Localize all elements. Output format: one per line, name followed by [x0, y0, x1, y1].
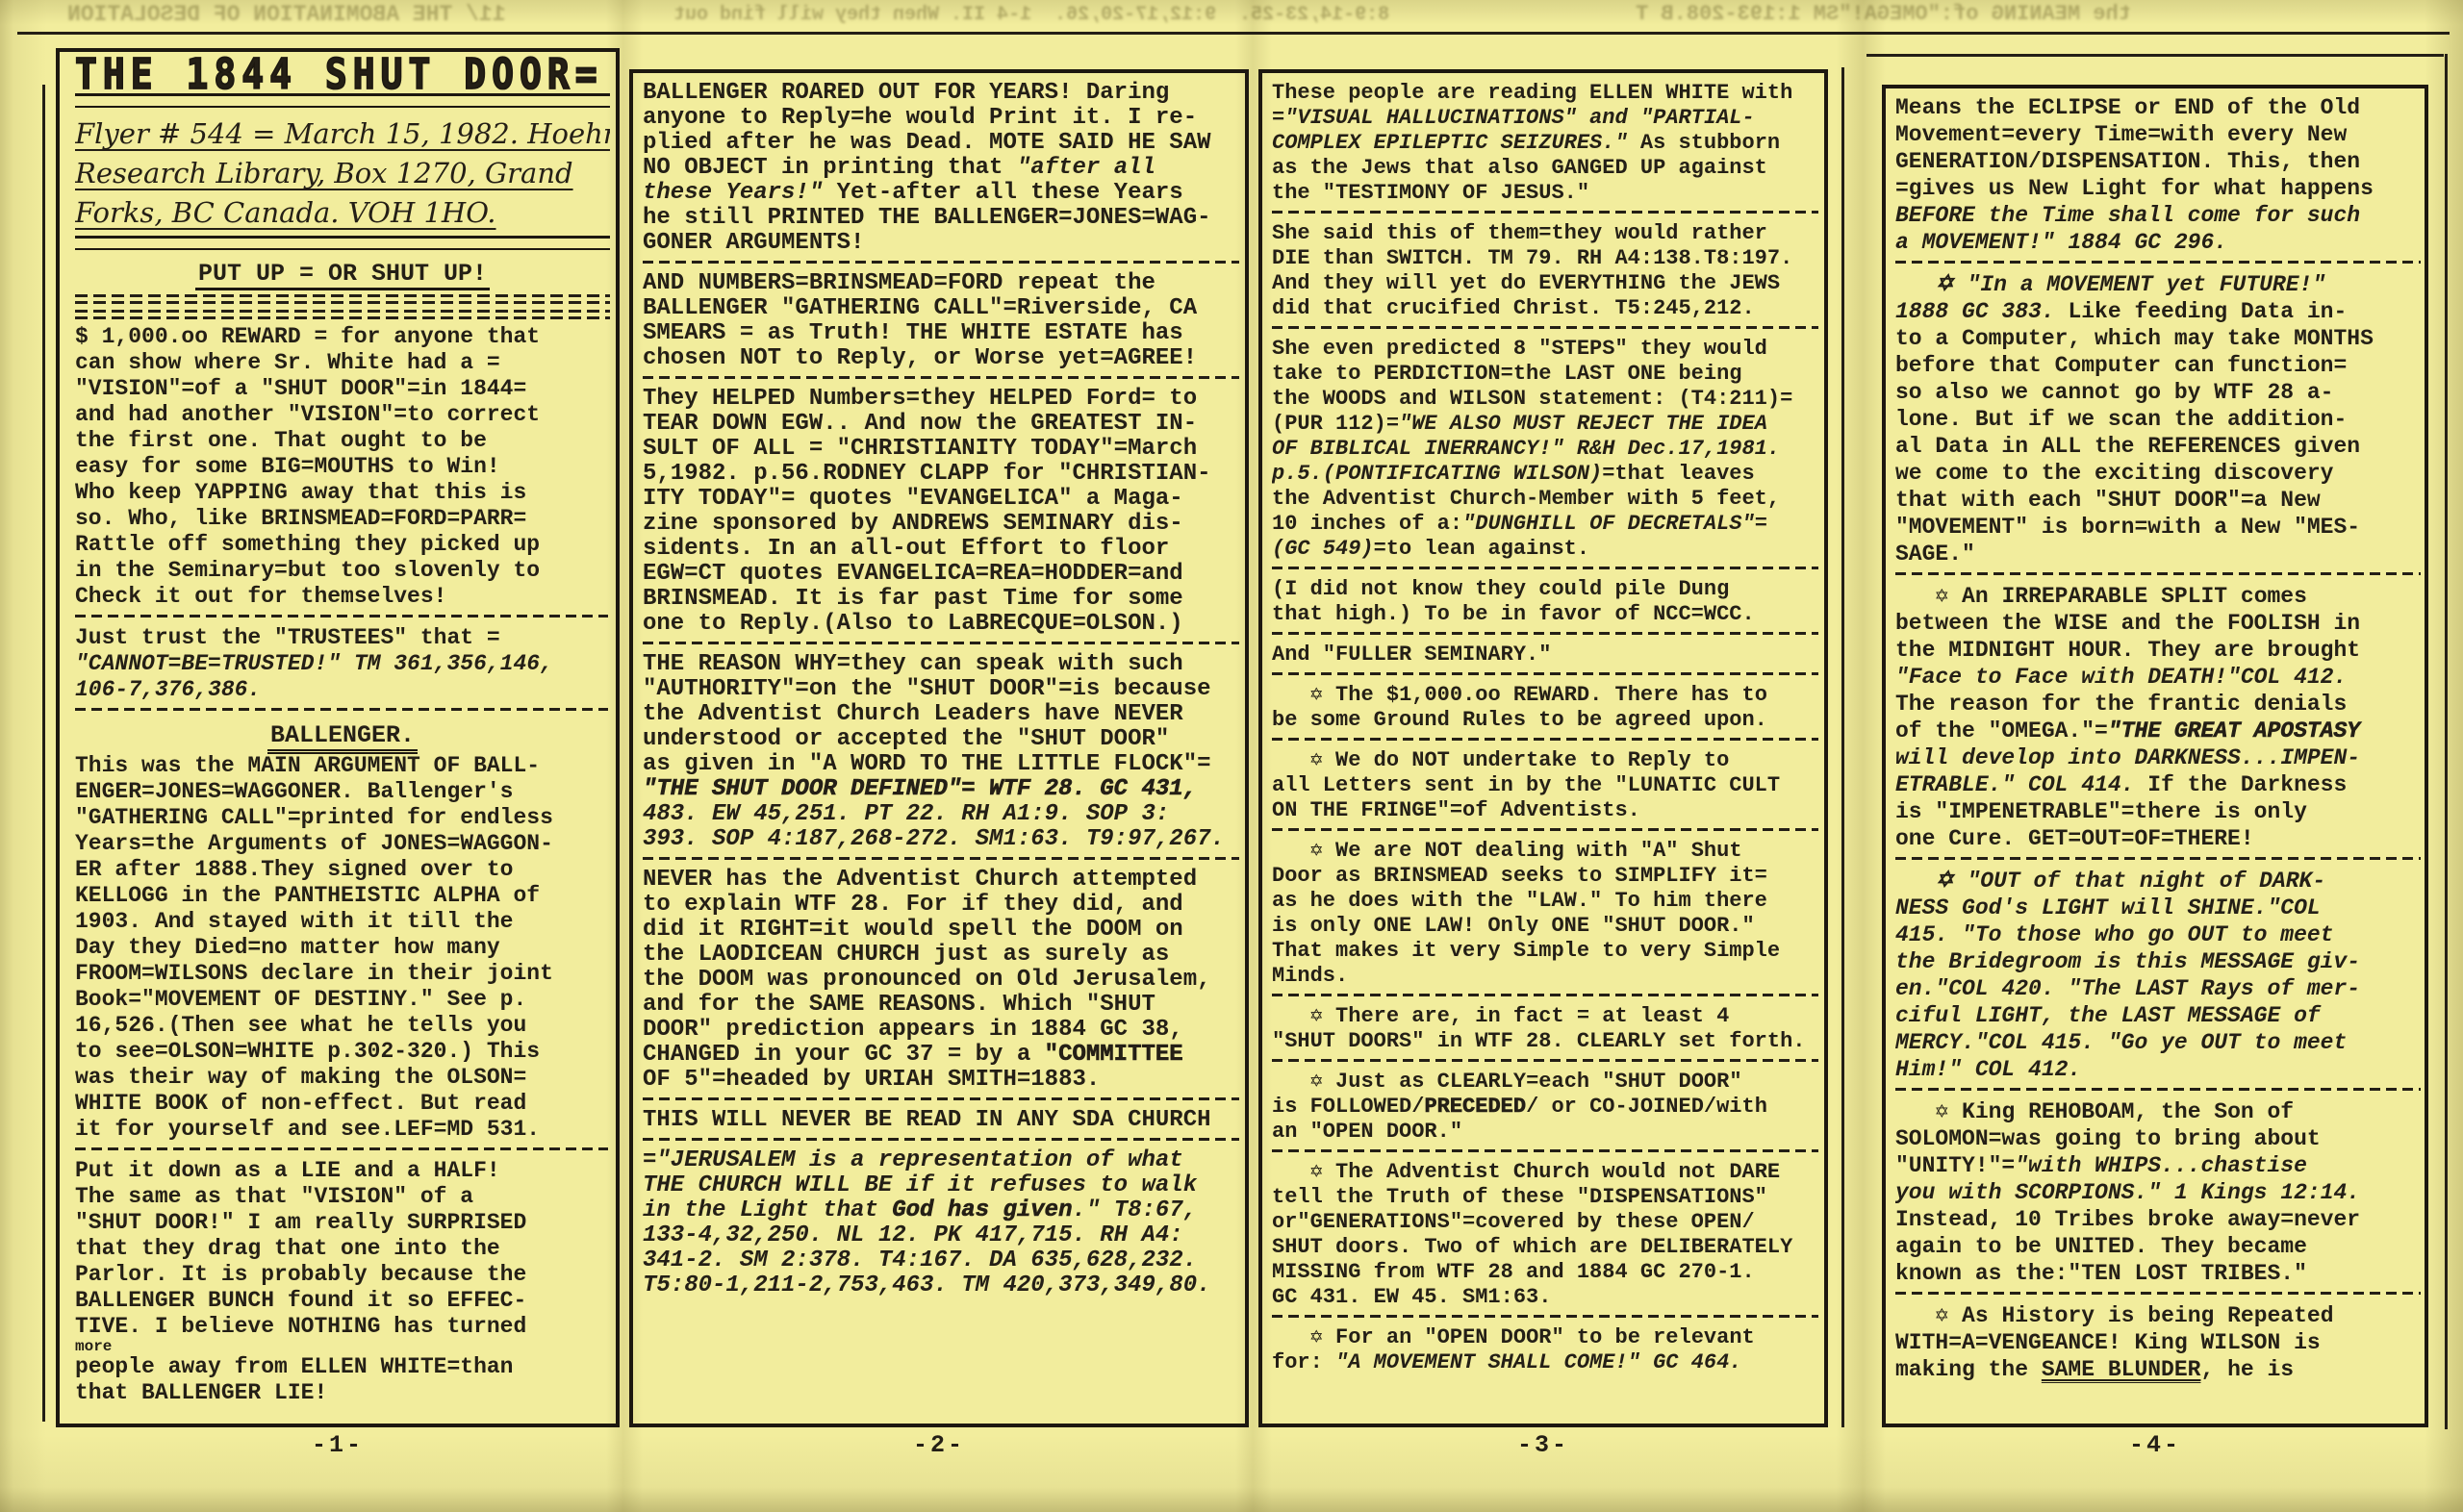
text-line: lone. But if we scan the addition-	[1895, 406, 2423, 433]
text-segment: BALLENGER BUNCH found it so EFFEC-	[75, 1288, 526, 1313]
text-line: ciful LIGHT, the LAST MESSAGE of	[1895, 1002, 2423, 1029]
dashed-separator	[1272, 211, 1818, 214]
text-line: easy for some BIG=MOUTHS to Win!	[75, 454, 610, 480]
text-line: ✡ We are NOT dealing with "A" Shut	[1272, 839, 1820, 864]
paragraph: Just trust the "TRUSTEES" that ="CANNOT=…	[75, 625, 610, 703]
text-line: as given in "A WORD TO THE LITTLE FLOCK"…	[643, 752, 1241, 777]
paragraph: She even predicted 8 "STEPS" they wouldt…	[1272, 337, 1820, 562]
text-segment: (GC 549)=	[1272, 537, 1386, 561]
text-line: THE CHURCH WILL BE if it refuses to walk	[643, 1173, 1241, 1198]
text-line: tell the Truth of these "DISPENSATIONS"	[1272, 1185, 1820, 1210]
text-segment: for:	[1272, 1350, 1335, 1374]
text-line: one Cure. GET=OUT=OF=THERE!	[1895, 825, 2423, 852]
text-segment: 393. SOP 4:187,268-272. SM1:63. T9:97,26…	[643, 827, 1225, 852]
dashed-separator	[643, 857, 1239, 860]
text-segment: people away from ELLEN WHITE=than	[75, 1354, 513, 1379]
text-line: Years=the Arguments of JONES=WAGGON-	[75, 831, 610, 857]
text-segment: Minds.	[1272, 964, 1348, 988]
text-segment: WHITE BOOK of non-effect. But read	[75, 1091, 526, 1116]
text-segment: SOLOMON=was going to bring about	[1895, 1126, 2321, 1151]
text-line: Minds.	[1272, 964, 1820, 989]
text-line: was their way of making the OLSON=	[75, 1065, 610, 1091]
text-line: "AUTHORITY"=on the "SHUT DOOR"=is becaus…	[643, 677, 1241, 702]
paragraph: ✡ The Adventist Church would not DAREtel…	[1272, 1160, 1820, 1310]
page-number: -3-	[1258, 1431, 1828, 1459]
text-segment: OF BIBLICAL INERRANCY!" R&H Dec.17,1981.	[1272, 437, 1780, 461]
dashed-separator	[1895, 572, 2421, 575]
text-segment: "CANNOT=BE=TRUSTED!" TM 361,356,146,	[75, 651, 553, 676]
text-segment: ON THE FRINGE"=of Adventists.	[1272, 798, 1640, 822]
text-segment: zine sponsored by ANDREWS SEMINARY dis-	[643, 512, 1183, 537]
text-segment: Just trust the "TRUSTEES" that =	[75, 625, 500, 650]
text-segment: (PUR 112)=	[1272, 412, 1399, 436]
text-line: that high.) To be in favor of NCC=WCC.	[1272, 602, 1820, 627]
heading-text: PUT UP = OR SHUT UP!	[195, 260, 490, 290]
text-segment: 341-2. SM 2:378. T4:167. DA 635,628,232.	[643, 1248, 1197, 1273]
text-line: Just trust the "TRUSTEES" that =	[75, 625, 610, 651]
text-segment: God has given	[892, 1198, 1072, 1223]
text-line: and had another "VISION"=to correct	[75, 402, 610, 428]
text-line: NO OBJECT in printing that "after all	[643, 156, 1241, 181]
text-segment: lone. But if we scan the addition-	[1895, 407, 2347, 432]
text-line: Parlor. It is probably because the	[75, 1262, 610, 1288]
text-segment: She even predicted 8 "STEPS" they would	[1272, 337, 1767, 361]
text-line: ✡ There are, in fact = at least 4	[1272, 1004, 1820, 1029]
text-segment: it for yourself and see.LEF=MD 531.	[75, 1117, 540, 1142]
text-segment: Like feeding Data in-	[2055, 299, 2348, 324]
text-line: anyone to Reply=he would Print it. I re-	[643, 106, 1241, 131]
text-segment: ✡ "OUT of that night of DARK-	[1895, 869, 2325, 894]
text-segment: Instead, 10 Tribes broke away=never	[1895, 1207, 2360, 1232]
text-line: the WOODS and WILSON statement: (T4:211)…	[1272, 387, 1820, 412]
text-segment: If the Darkness	[2134, 772, 2347, 797]
text-line: Check it out for themselves!	[75, 584, 610, 610]
dashed-separator	[643, 1097, 1239, 1100]
text-line: Book="MOVEMENT OF DESTINY." See p.	[75, 987, 610, 1013]
text-segment: is "IMPENETRABLE"=there is only	[1895, 799, 2307, 824]
text-segment: TIVE. I believe NOTHING has turned	[75, 1314, 526, 1339]
text-segment: to see=OLSON=WHITE p.302-320.) This	[75, 1039, 540, 1064]
text-segment: to explain WTF 28. For if they did, and	[643, 893, 1183, 918]
section-heading: PUT UP = OR SHUT UP!	[75, 257, 610, 291]
flyer-column-4: Means the ECLIPSE or END of the OldMovem…	[1882, 85, 2428, 1427]
text-line: for: "A MOVEMENT SHALL COME!" GC 464.	[1272, 1350, 1820, 1375]
text-line: 133-4,32,250. NL 12. PK 417,715. RH A4:	[643, 1223, 1241, 1248]
text-line: And "FULLER SEMINARY."	[1272, 643, 1820, 668]
text-line: known as the:"TEN LOST TRIBES."	[1895, 1260, 2423, 1287]
text-line: WITH=A=VENGEANCE! King WILSON is	[1895, 1329, 2423, 1356]
text-segment: GENERATION/DISPENSATION. This, then	[1895, 149, 2360, 174]
text-segment: between the WISE and the FOOLISH in	[1895, 611, 2360, 636]
text-line: sidents. In an all-out Effort to floor	[643, 537, 1241, 562]
text-line: T5:80-1,211-2,753,463. TM 420,373,349,80…	[643, 1273, 1241, 1298]
text-line: the Bridegroom is this MESSAGE giv-	[1895, 948, 2423, 975]
text-line: Him!" COL 412.	[1895, 1056, 2423, 1083]
text-line: The same as that "VISION" of a	[75, 1184, 610, 1210]
text-segment: an "OPEN DOOR."	[1272, 1120, 1462, 1144]
paragraph: These people are reading ELLEN WHITE wit…	[1272, 81, 1820, 206]
text-segment: a MOVEMENT!" 1884 GC 296.	[1895, 230, 2227, 255]
flyer-column-1: THE 1844 SHUT DOOR=Flyer # 544 = March 1…	[56, 48, 620, 1427]
text-segment: BEFORE the Time shall come for such	[1895, 203, 2360, 228]
text-segment: all Letters sent in by the "LUNATIC CULT	[1272, 773, 1780, 797]
text-line: 106-7,376,386.	[75, 677, 610, 703]
bleedthrough-text: 8:9-14,23-25. 9:12,17-20,26. 1-4 II. Whe…	[673, 4, 1389, 26]
page-number: -1-	[56, 1431, 620, 1459]
text-segment: Rattle off something they picked up	[75, 532, 540, 557]
text-line: the Adventist Church Leaders have NEVER	[643, 702, 1241, 727]
flyer-column-2: BALLENGER ROARED OUT FOR YEARS! Daringan…	[629, 69, 1249, 1427]
text-segment: Him!" COL 412.	[1895, 1057, 2081, 1082]
text-line: NEVER has the Adventist Church attempted	[643, 868, 1241, 893]
text-line: GC 431. EW 45. SM1:63.	[1272, 1285, 1820, 1310]
bleedthrough-text: 11/ THE ABOMINATION OF DESOLATION	[67, 2, 505, 27]
text-line: She even predicted 8 "STEPS" they would	[1272, 337, 1820, 362]
text-line: 393. SOP 4:187,268-272. SM1:63. T9:97,26…	[643, 827, 1241, 852]
text-segment: They HELPED Numbers=they HELPED Ford= to	[643, 387, 1197, 412]
text-line: =gives us New Light for what happens	[1895, 175, 2423, 202]
text-segment: AND NUMBERS=BRINSMEAD=FORD repeat the	[643, 271, 1155, 296]
text-segment: The reason for the frantic denials	[1895, 692, 2347, 717]
text-line: an "OPEN DOOR."	[1272, 1120, 1820, 1145]
text-segment: chosen NOT to Reply, or Worse yet=AGREE!	[643, 346, 1197, 371]
text-segment: ciful LIGHT, the LAST MESSAGE of	[1895, 1003, 2321, 1028]
paragraph: ✡ The $1,000.oo REWARD. There has tobe s…	[1272, 683, 1820, 733]
text-segment: DIE than SWITCH. TM 79. RH A4:138.T8:197…	[1272, 246, 1792, 270]
text-line: SULT OF ALL = "CHRISTIANITY TODAY"=March	[643, 437, 1241, 462]
text-line: COMPLEX EPILEPTIC SEIZURES." As stubborn	[1272, 131, 1820, 156]
text-line: THIS WILL NEVER BE READ IN ANY SDA CHURC…	[643, 1108, 1241, 1133]
text-line: KELLOGG in the PANTHEISTIC ALPHA of	[75, 883, 610, 909]
text-segment: take to PERDICTION=the LAST ONE being	[1272, 362, 1741, 386]
text-segment: Put it down as a LIE and a HALF!	[75, 1158, 500, 1183]
text-segment: / or CO-JOINED/with	[1526, 1095, 1767, 1119]
text-segment: "SHUT DOOR!" I am really SURPRISED	[75, 1210, 526, 1235]
text-line: making the SAME BLUNDER, he is	[1895, 1356, 2423, 1383]
text-segment: And they will yet do EVERYTHING the JEWS	[1272, 271, 1780, 295]
dashed-separator	[75, 293, 610, 305]
text-segment: sidents. In an all-out Effort to floor	[643, 537, 1169, 562]
text-segment: Door as BRINSMEAD seeks to SIMPLIFY it=	[1272, 864, 1767, 888]
text-line: 1888 GC 383. Like feeding Data in-	[1895, 298, 2423, 325]
text-line: or"GENERATIONS"=covered by these OPEN/	[1272, 1210, 1820, 1235]
text-line: 483. EW 45,251. PT 22. RH A1:9. SOP 3:	[643, 802, 1241, 827]
text-segment: the MIDNIGHT HOUR. They are brought	[1895, 638, 2360, 663]
text-line: GENERATION/DISPENSATION. This, then	[1895, 148, 2423, 175]
text-segment: that with each "SHUT DOOR"=a New	[1895, 488, 2321, 513]
text-line: BEFORE the Time shall come for such	[1895, 202, 2423, 229]
text-line: Flyer # 544 = March 15, 1982. Hoehn	[75, 114, 610, 154]
text-line: DIE than SWITCH. TM 79. RH A4:138.T8:197…	[1272, 246, 1820, 271]
text-segment: Movement=every Time=with every New	[1895, 122, 2347, 147]
dashed-separator	[75, 1147, 608, 1150]
dashed-separator	[1272, 632, 1818, 635]
text-line: al Data in ALL the REFERENCES given	[1895, 433, 2423, 460]
page-number: -4-	[1882, 1431, 2428, 1459]
text-line: And they will yet do EVERYTHING the JEWS	[1272, 271, 1820, 296]
text-segment: did it RIGHT=it would spell the DOOM on	[643, 918, 1183, 943]
text-segment: 106-7,376,386.	[75, 677, 261, 702]
scanned-flyer-sheet: 11/ THE ABOMINATION OF DESOLATION8:9-14,…	[0, 0, 2463, 1512]
paragraph: ✡ For an "OPEN DOOR" to be relevantfor: …	[1272, 1325, 1820, 1375]
text-line: ✡ We do NOT undertake to Reply to	[1272, 748, 1820, 773]
text-line: OF 5"=headed by URIAH SMITH=1883.	[643, 1068, 1241, 1093]
dashed-separator	[643, 642, 1239, 644]
text-segment: "after all	[1017, 156, 1155, 181]
text-segment: "MOVEMENT" is born=with a New "MES-	[1895, 515, 2360, 540]
dashed-separator	[1272, 828, 1818, 831]
text-segment: ✡ There are, in fact = at least 4	[1272, 1004, 1729, 1028]
text-segment: as he does with the "LAW." To him there	[1272, 889, 1767, 913]
text-segment: the Adventist Church-Member with 5 feet,	[1272, 487, 1780, 511]
dashed-separator	[1272, 1059, 1818, 1062]
dashed-separator	[1272, 567, 1818, 569]
text-line: "CANNOT=BE=TRUSTED!" TM 361,356,146,	[75, 651, 610, 677]
text-segment: so. Who, like BRINSMEAD=FORD=PARR=	[75, 506, 526, 531]
right-outer-top-rule	[1866, 54, 2444, 57]
text-segment: the DOOM was pronounced on Old Jerusalem…	[643, 968, 1211, 993]
text-segment: GONER ARGUMENTS!	[643, 231, 864, 256]
text-segment: ✡ We do NOT undertake to Reply to	[1272, 748, 1729, 772]
text-segment: THE CHURCH WILL BE if it refuses to walk	[643, 1173, 1197, 1198]
text-line: can show where Sr. White had a =	[75, 350, 610, 376]
paragraph: ✡ We are NOT dealing with "A" ShutDoor a…	[1272, 839, 1820, 989]
text-segment: the first one. That ought to be	[75, 428, 487, 453]
paragraph: ✡ As History is being RepeatedWITH=A=VEN…	[1895, 1302, 2423, 1383]
text-segment: NESS God's LIGHT will SHINE."COL	[1895, 895, 2321, 920]
text-line: 415. "To those who go OUT to meet	[1895, 921, 2423, 948]
text-segment: Check it out for themselves!	[75, 584, 446, 609]
text-segment: BRINSMEAD. It is far past Time for some	[643, 587, 1183, 612]
text-line: "Face to Face with DEATH!"COL 412.	[1895, 664, 2423, 691]
bleedthrough-text: the MEANING of:"OMEGA!"SM 1:193-208.B T	[1636, 2, 2131, 26]
text-segment: as the Jews that also GANGED UP against	[1272, 156, 1767, 180]
text-segment: in the Seminary=but too slovenly to	[75, 558, 540, 583]
text-segment: the Adventist Church Leaders have NEVER	[643, 702, 1183, 727]
text-line: BALLENGER BUNCH found it so EFFEC-	[75, 1288, 610, 1314]
text-segment: ✡ We are NOT dealing with "A" Shut	[1272, 839, 1742, 863]
paragraph: ✡ An IRREPARABLE SPLIT comesbetween the …	[1895, 583, 2423, 852]
text-line: the LAODICEAN CHURCH just as surely as	[643, 943, 1241, 968]
text-segment: will develop into DARKNESS...IMPEN-	[1895, 745, 2360, 770]
text-line: 10 inches of a:"DUNGHILL OF DECRETALS"=	[1272, 512, 1820, 537]
text-line: NESS God's LIGHT will SHINE."COL	[1895, 895, 2423, 921]
text-segment: of the "OMEGA."=	[1895, 718, 2108, 743]
text-segment: these Years!"	[643, 181, 823, 206]
text-line: is only ONE LAW! Only ONE "SHUT DOOR."	[1272, 914, 1820, 939]
text-line: SMEARS = as Truth! THE WHITE ESTATE has	[643, 321, 1241, 346]
text-segment: can show where Sr. White had a =	[75, 350, 500, 375]
text-segment: plied after he was Dead. MOTE SAID HE SA…	[643, 131, 1211, 156]
flyer-title: THE 1844 SHUT DOOR=	[75, 60, 610, 89]
text-line: She said this of them=they would rather	[1272, 221, 1820, 246]
text-segment: ="JERUSALEM is a representation of what	[643, 1148, 1183, 1173]
text-segment: ✡ For an "OPEN DOOR" to be relevant	[1272, 1325, 1755, 1349]
text-line: TEAR DOWN EGW.. And now the GREATEST IN-	[643, 412, 1241, 437]
text-line: en."COL 420. "The LAST Rays of mer-	[1895, 975, 2423, 1002]
text-segment: , he is	[2200, 1357, 2294, 1382]
text-segment: ." T8:67,	[1072, 1198, 1197, 1223]
text-line: Research Library, Box 1270, Grand	[75, 154, 610, 193]
text-segment: And "FULLER SEMINARY."	[1272, 643, 1551, 667]
paragraph: NEVER has the Adventist Church attempted…	[643, 868, 1241, 1093]
text-line: and for the SAME REASONS. Which "SHUT	[643, 993, 1241, 1018]
text-line: 1903. And stayed with it till the	[75, 909, 610, 935]
text-segment: ✡ King REHOBOAM, the Son of	[1895, 1099, 2294, 1124]
text-segment: Research Library, Box 1270, Grand	[75, 157, 573, 189]
paragraph: She said this of them=they would ratherD…	[1272, 221, 1820, 321]
paragraph: This was the MAIN ARGUMENT OF BALL-ENGER…	[75, 753, 610, 1143]
text-segment: MERCY."COL 415. "Go ye OUT to meet	[1895, 1030, 2347, 1055]
text-line: that BALLENGER LIE!	[75, 1380, 610, 1406]
text-segment: did that crucified Christ. T5:245,212.	[1272, 296, 1755, 320]
text-segment: COMPLEX EPILEPTIC SEIZURES."	[1272, 131, 1628, 155]
paragraph: ✡ There are, in fact = at least 4"SHUT D…	[1272, 1004, 1820, 1054]
text-segment: more	[75, 1340, 112, 1354]
text-line: as the Jews that also GANGED UP against	[1272, 156, 1820, 181]
dashed-separator	[75, 309, 610, 320]
text-line: DOOR" prediction appears in 1884 GC 38,	[643, 1018, 1241, 1043]
text-line: MERCY."COL 415. "Go ye OUT to meet	[1895, 1029, 2423, 1056]
text-segment: Book="MOVEMENT OF DESTINY." See p.	[75, 987, 526, 1012]
dashed-separator	[643, 1138, 1239, 1141]
left-outer-rule	[42, 85, 45, 1422]
text-segment: She said this of them=they would rather	[1272, 221, 1767, 245]
text-line: to see=OLSON=WHITE p.302-320.) This	[75, 1039, 610, 1065]
text-line: again to be UNITED. They became	[1895, 1233, 2423, 1260]
text-segment: and had another "VISION"=to correct	[75, 402, 540, 427]
text-line: to explain WTF 28. For if they did, and	[643, 893, 1241, 918]
text-line: THE REASON WHY=they can speak with such	[643, 652, 1241, 677]
dashed-separator	[75, 708, 608, 711]
text-line: Movement=every Time=with every New	[1895, 121, 2423, 148]
text-line: 16,526.(Then see what he tells you	[75, 1013, 610, 1039]
text-segment: "A MOVEMENT SHALL COME!" GC 464.	[1335, 1350, 1741, 1374]
text-line: ER after 1888.They signed over to	[75, 857, 610, 883]
text-line: Put it down as a LIE and a HALF!	[75, 1158, 610, 1184]
text-segment: THE REASON WHY=they can speak with such	[643, 652, 1183, 677]
text-segment: easy for some BIG=MOUTHS to Win!	[75, 454, 500, 479]
text-line: between the WISE and the FOOLISH in	[1895, 610, 2423, 637]
text-line: ="VISUAL HALLUCINATIONS" and "PARTIAL-	[1272, 106, 1820, 131]
paragraph: Means the ECLIPSE or END of the OldMovem…	[1895, 94, 2423, 256]
text-segment: "DUNGHILL OF DECRETALS"=	[1462, 512, 1767, 536]
text-segment: EGW=CT quotes EVANGELICA=REA=HODDER=and	[643, 562, 1183, 587]
text-segment: Who keep YAPPING away that this is	[75, 480, 526, 505]
text-segment: NO OBJECT in printing that	[643, 156, 1017, 181]
text-segment: the WOODS and WILSON statement: (T4:211)…	[1272, 387, 1792, 411]
text-line: a MOVEMENT!" 1884 GC 296.	[1895, 229, 2423, 256]
text-segment: The same as that "VISION" of a	[75, 1184, 473, 1209]
text-segment: "Face to Face with DEATH!"COL 412.	[1895, 665, 2347, 690]
text-line: Forks, BC Canada. VOH 1HO.	[75, 193, 610, 233]
text-line: That makes it very Simple to very Simple	[1272, 939, 1820, 964]
text-segment: we come to the exciting discovery	[1895, 461, 2333, 486]
text-segment: that leaves	[1614, 462, 1754, 486]
text-segment: "GATHERING CALL"=printed for endless	[75, 805, 553, 830]
text-segment: in the Light that	[643, 1198, 892, 1223]
text-line: he still PRINTED THE BALLENGER=JONES=WAG…	[643, 206, 1241, 231]
text-line: Rattle off something they picked up	[75, 532, 610, 558]
text-line: These people are reading ELLEN WHITE wit…	[1272, 81, 1820, 106]
text-segment: "VISION"=of a "SHUT DOOR"=in 1844=	[75, 376, 526, 401]
text-segment: This was the MAIN ARGUMENT OF BALL-	[75, 753, 540, 778]
text-line: "SHUT DOOR!" I am really SURPRISED	[75, 1210, 610, 1236]
text-segment: 415. "To those who go OUT to meet	[1895, 922, 2333, 947]
text-line: Day they Died=no matter how many	[75, 935, 610, 961]
dashed-separator	[1272, 326, 1818, 329]
text-segment: tell the Truth of these "DISPENSATIONS"	[1272, 1185, 1767, 1209]
section-heading: BALLENGER.	[75, 718, 610, 753]
text-segment: ETRABLE." COL 414.	[1895, 772, 2134, 797]
text-line: ENGER=JONES=WAGGONER. Ballenger's	[75, 779, 610, 805]
text-segment: al Data in ALL the REFERENCES given	[1895, 434, 2360, 459]
text-line: BALLENGER ROARED OUT FOR YEARS! Daring	[643, 81, 1241, 106]
dashed-separator	[1272, 738, 1818, 741]
text-segment: that they drag that one into the	[75, 1236, 500, 1261]
text-line: This was the MAIN ARGUMENT OF BALL-	[75, 753, 610, 779]
text-segment: ✡ The Adventist Church would not DARE	[1272, 1160, 1780, 1184]
text-segment: NEVER has the Adventist Church attempted	[643, 868, 1197, 893]
text-segment: SHUT doors. Two of which are DELIBERATEL…	[1272, 1235, 1792, 1259]
text-segment: "with WHIPS...chastise	[2015, 1153, 2307, 1178]
text-segment: SULT OF ALL = "CHRISTIANITY TODAY"=March	[643, 437, 1197, 462]
text-line: (GC 549)=to lean against.	[1272, 537, 1820, 562]
text-segment: Forks, BC Canada. VOH 1HO.	[75, 196, 496, 229]
text-line: Door as BRINSMEAD seeks to SIMPLIFY it=	[1272, 864, 1820, 889]
text-segment: "AUTHORITY"=on the "SHUT DOOR"=is becaus…	[643, 677, 1211, 702]
text-segment: as given in "A WORD TO THE LITTLE FLOCK"…	[643, 752, 1211, 777]
paragraph: AND NUMBERS=BRINSMEAD=FORD repeat theBAL…	[643, 271, 1241, 371]
text-line: "THE SHUT DOOR DEFINED"= WTF 28. GC 431,	[643, 777, 1241, 802]
text-segment: the LAODICEAN CHURCH just as surely as	[643, 943, 1169, 968]
text-line: all Letters sent in by the "LUNATIC CULT	[1272, 773, 1820, 798]
text-segment: That makes it very Simple to very Simple	[1272, 939, 1780, 963]
text-line: chosen NOT to Reply, or Worse yet=AGREE!	[643, 346, 1241, 371]
text-segment: is only ONE LAW! Only ONE "SHUT DOOR."	[1272, 914, 1755, 938]
text-line: ✡ The $1,000.oo REWARD. There has to	[1272, 683, 1820, 708]
text-line: the Adventist Church-Member with 5 feet,	[1272, 487, 1820, 512]
text-segment: "UNITY!"=	[1895, 1153, 2015, 1178]
text-segment: he still PRINTED THE BALLENGER=JONES=WAG…	[643, 206, 1211, 231]
text-segment: BALLENGER ROARED OUT FOR YEARS! Daring	[643, 81, 1169, 106]
text-segment: CHANGED in your GC 37 = by a	[643, 1043, 1045, 1068]
text-line: They HELPED Numbers=they HELPED Ford= to	[643, 387, 1241, 412]
text-line: 5,1982. p.56.RODNEY CLAPP for "CHRISTIAN…	[643, 462, 1241, 487]
text-segment: These people are reading ELLEN WHITE wit…	[1272, 81, 1792, 105]
text-line: these Years!" Yet-after all these Years	[643, 181, 1241, 206]
text-segment: FROOM=WILSONS declare in their joint	[75, 961, 553, 986]
text-line: OF BIBLICAL INERRANCY!" R&H Dec.17,1981.	[1272, 437, 1820, 462]
text-segment: SAME BLUNDER	[2042, 1357, 2201, 1382]
text-line: one to Reply.(Also to LaBRECQUE=OLSON.)	[643, 612, 1241, 637]
text-segment: ER after 1888.They signed over to	[75, 857, 513, 882]
text-segment: again to be UNITED. They became	[1895, 1234, 2307, 1259]
text-segment: ✡ As History is being Repeated	[1895, 1303, 2334, 1328]
dashed-separator	[1272, 1315, 1818, 1318]
dashed-separator	[1895, 1292, 2421, 1295]
dashed-separator	[1895, 1088, 2421, 1091]
text-line: "UNITY!"="with WHIPS...chastise	[1895, 1152, 2423, 1179]
text-segment: 10 inches of a:	[1272, 512, 1462, 536]
text-segment: is FOLLOWED/	[1272, 1095, 1424, 1119]
text-line: is "IMPENETRABLE"=there is only	[1895, 798, 2423, 825]
text-segment: ✡ The $1,000.oo REWARD. There has to	[1272, 683, 1767, 707]
text-line: MISSING from WTF 28 and 1884 GC 270-1.	[1272, 1260, 1820, 1285]
text-segment: THIS WILL NEVER BE READ IN ANY SDA CHURC…	[643, 1108, 1211, 1133]
text-segment: ✡ An IRREPARABLE SPLIT comes	[1895, 584, 2307, 609]
text-segment: or"GENERATIONS"=covered by these OPEN/	[1272, 1210, 1755, 1234]
